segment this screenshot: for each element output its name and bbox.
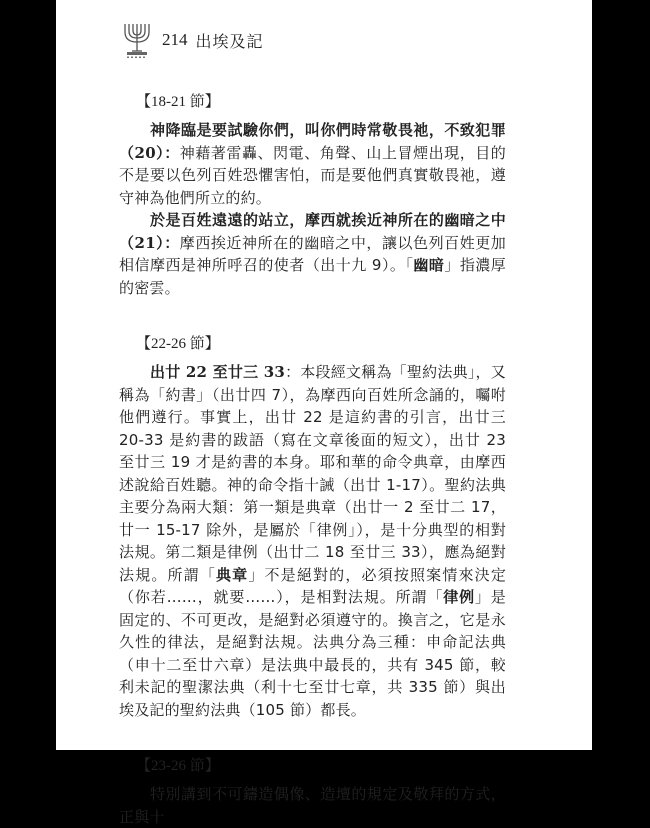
- running-head: 214 出埃及記: [122, 18, 264, 62]
- bold-term: 律例: [443, 588, 475, 606]
- book-page: 214 出埃及記 【18-21 節】 神降臨是要試驗你們，叫你們時常敬畏祂，不致…: [56, 0, 592, 750]
- book-title: 出埃及記: [196, 29, 264, 52]
- menorah-icon: [122, 20, 152, 60]
- section-heading: 【18-21 節】: [119, 91, 506, 113]
- commentary-text: ：本段經文稱為「聖約法典」，又稱為「約書」（出廿四 7），為摩西向百姓所念誦的，…: [119, 363, 506, 584]
- commentary-text: 」是固定的、不可更改，是絕對必須遵守的。換言之，它是永久性的律法，是絕對法規。法…: [119, 588, 506, 719]
- verse-reference: 出廿 22 至廿三 33: [150, 363, 285, 381]
- page-number: 214: [162, 30, 188, 50]
- paragraph: 出廿 22 至廿三 33：本段經文稱為「聖約法典」，又稱為「約書」（出廿四 7）…: [119, 361, 506, 721]
- bold-term: 幽暗: [413, 256, 444, 274]
- paragraph: 神降臨是要試驗你們，叫你們時常敬畏祂，不致犯罪（20）：神藉著雷轟、閃電、角聲、…: [119, 119, 506, 209]
- bold-term: 典章: [216, 566, 248, 584]
- section-heading: 【22-26 節】: [119, 333, 506, 355]
- paragraph: 於是百姓遠遠的站立，摩西就挨近神所在的幽暗之中（21）：摩西挨近神所在的幽暗之中…: [119, 209, 506, 299]
- page-body: 【18-21 節】 神降臨是要試驗你們，叫你們時常敬畏祂，不致犯罪（20）：神藉…: [119, 91, 506, 750]
